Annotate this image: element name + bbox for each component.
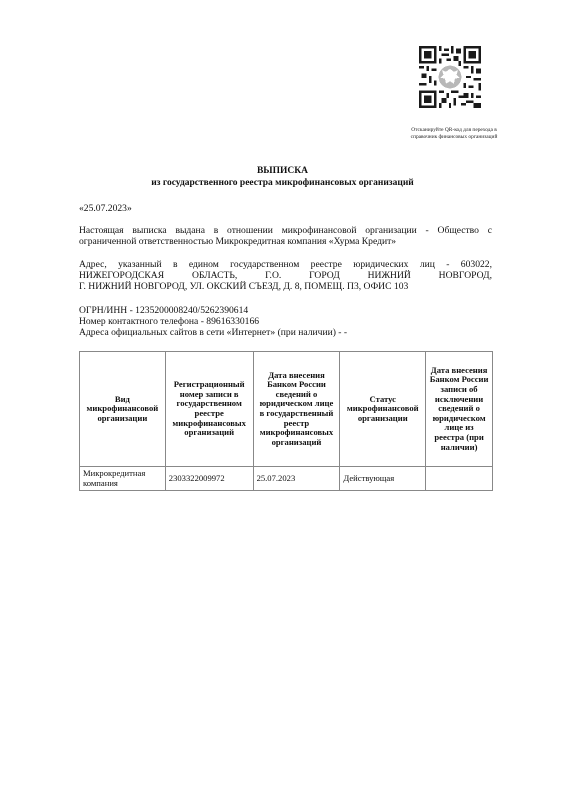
registry-table: Вид микрофинансовой организации Регистра… — [79, 351, 493, 491]
ogrn-inn: ОГРН/ИНН - 1235200008240/5262390614 — [79, 305, 492, 316]
intro-paragraph: Настоящая выписка выдана в отношении мик… — [79, 225, 492, 247]
cell-registration-number: 2303322009972 — [165, 467, 253, 491]
document-date: «25.07.2023» — [79, 203, 492, 214]
qr-caption: Отсканируйте QR-код для перехода в справ… — [404, 127, 504, 141]
qr-code-icon — [419, 46, 481, 108]
header-registration-number: Регистрационный номер записи в государст… — [165, 352, 253, 467]
address-line: НИЖЕГОРОДСКАЯ ОБЛАСТЬ, Г.О. ГОРОД НИЖНИЙ… — [79, 270, 492, 281]
info-block: ОГРН/ИНН - 1235200008240/5262390614 Номе… — [79, 305, 492, 338]
cell-exclusion-date — [426, 467, 493, 491]
address-line: Г. НИЖНИЙ НОВГОРОД, УЛ. ОКСКИЙ СЪЕЗД, Д.… — [79, 281, 492, 292]
header-entry-date: Дата внесения Банком России сведений о ю… — [253, 352, 340, 467]
header-status: Статус микрофинансовой организации — [340, 352, 426, 467]
table-row: Микрокредитная компания 2303322009972 25… — [80, 467, 493, 491]
cell-mfo-type: Микрокредитная компания — [80, 467, 166, 491]
websites: Адреса официальных сайтов в сети «Интерн… — [79, 327, 492, 338]
header-mfo-type: Вид микрофинансовой организации — [80, 352, 166, 467]
table-header-row: Вид микрофинансовой организации Регистра… — [80, 352, 493, 467]
address-paragraph: Адрес, указанный в едином государственно… — [79, 259, 492, 292]
contact-phone: Номер контактного телефона - 89616330166 — [79, 316, 492, 327]
address-line: Адрес, указанный в едином государственно… — [79, 259, 492, 270]
document-subtitle: из государственного реестра микрофинансо… — [0, 178, 565, 188]
header-exclusion-date: Дата внесения Банком России записи об ис… — [426, 352, 493, 467]
cell-entry-date: 25.07.2023 — [253, 467, 340, 491]
cell-status: Действующая — [340, 467, 426, 491]
document-title: ВЫПИСКА — [0, 166, 565, 176]
